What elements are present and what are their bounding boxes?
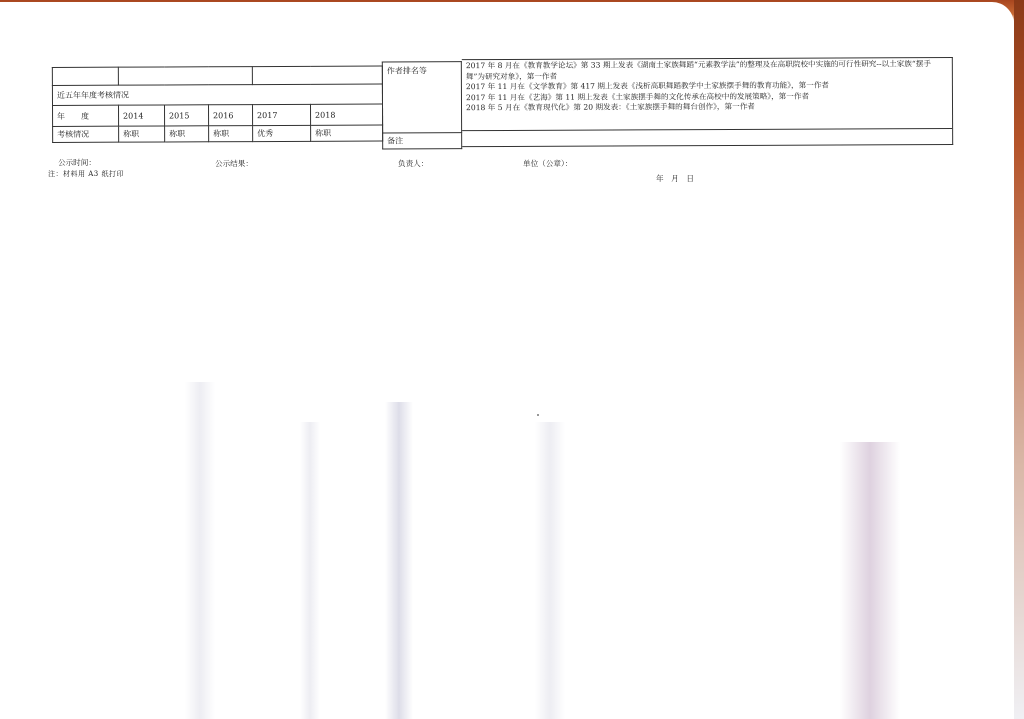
result-cell: 优秀 [253, 125, 311, 141]
remarks-divider [462, 128, 952, 131]
responsible-person: 负责人： [398, 158, 428, 169]
date-line: 年 月 日 [656, 173, 694, 184]
result-cell: 称职 [165, 126, 209, 142]
result-cell: 称职 [311, 125, 383, 141]
publications-box: 2017 年 8 月在《教育教学论坛》第 33 期上发表《湖南土家族舞蹈“元素教… [462, 57, 953, 147]
unit-seal: 单位（公章）： [523, 158, 572, 169]
scan-streak [185, 382, 215, 719]
result-cell: 称职 [209, 126, 253, 142]
paper-edge-shadow [1014, 0, 1024, 719]
remarks-label: 备注 [383, 133, 462, 149]
publicity-time: 公示时间： [58, 157, 96, 168]
publication-item: 2018 年 5 月在《教育现代化》第 20 期发表：《土家族摆手舞的舞台创作》… [466, 101, 948, 114]
scanned-paper: 近五年年度考核情况 年 度 2014 2015 2016 2017 2018 考… [0, 2, 1014, 719]
header-cell [52, 67, 118, 85]
publicity-result: 公示结果： [215, 158, 253, 169]
header-row [52, 66, 382, 85]
scan-streak [535, 422, 565, 719]
year-row: 年 度 2014 2015 2016 2017 2018 [53, 104, 383, 126]
scan-streak [385, 402, 413, 719]
result-row: 考核情况 称职 称职 称职 优秀 称职 [53, 125, 383, 142]
scan-streak [300, 422, 320, 719]
assessment-label: 考核情况 [53, 126, 119, 142]
publication-list: 2017 年 8 月在《教育教学论坛》第 33 期上发表《湖南土家族舞蹈“元素教… [466, 59, 948, 114]
result-cell: 称职 [119, 126, 165, 142]
year-cell: 2014 [119, 105, 165, 126]
year-cell: 2015 [165, 105, 209, 126]
publication-item: 2017 年 8 月在《教育教学论坛》第 33 期上发表《湖南土家族舞蹈“元素教… [466, 59, 948, 72]
assessment-title: 近五年年度考核情况 [52, 84, 382, 105]
year-label: 年 度 [53, 105, 119, 126]
label-column: 作者排名等 备注 [382, 61, 462, 149]
print-note: 注：材料用 A3 纸打印 [48, 169, 124, 179]
assessment-table: 近五年年度考核情况 年 度 2014 2015 2016 2017 2018 考… [52, 66, 383, 143]
scan-streak [840, 442, 900, 719]
header-cell [118, 67, 252, 86]
header-cell [252, 66, 382, 85]
speck [537, 414, 539, 416]
author-rank-label: 作者排名等 [382, 62, 461, 133]
year-cell: 2016 [209, 105, 253, 126]
assessment-title-row: 近五年年度考核情况 [52, 84, 382, 105]
year-cell: 2017 [253, 104, 311, 125]
year-cell: 2018 [310, 104, 382, 125]
evaluation-form: 近五年年度考核情况 年 度 2014 2015 2016 2017 2018 考… [52, 57, 952, 151]
